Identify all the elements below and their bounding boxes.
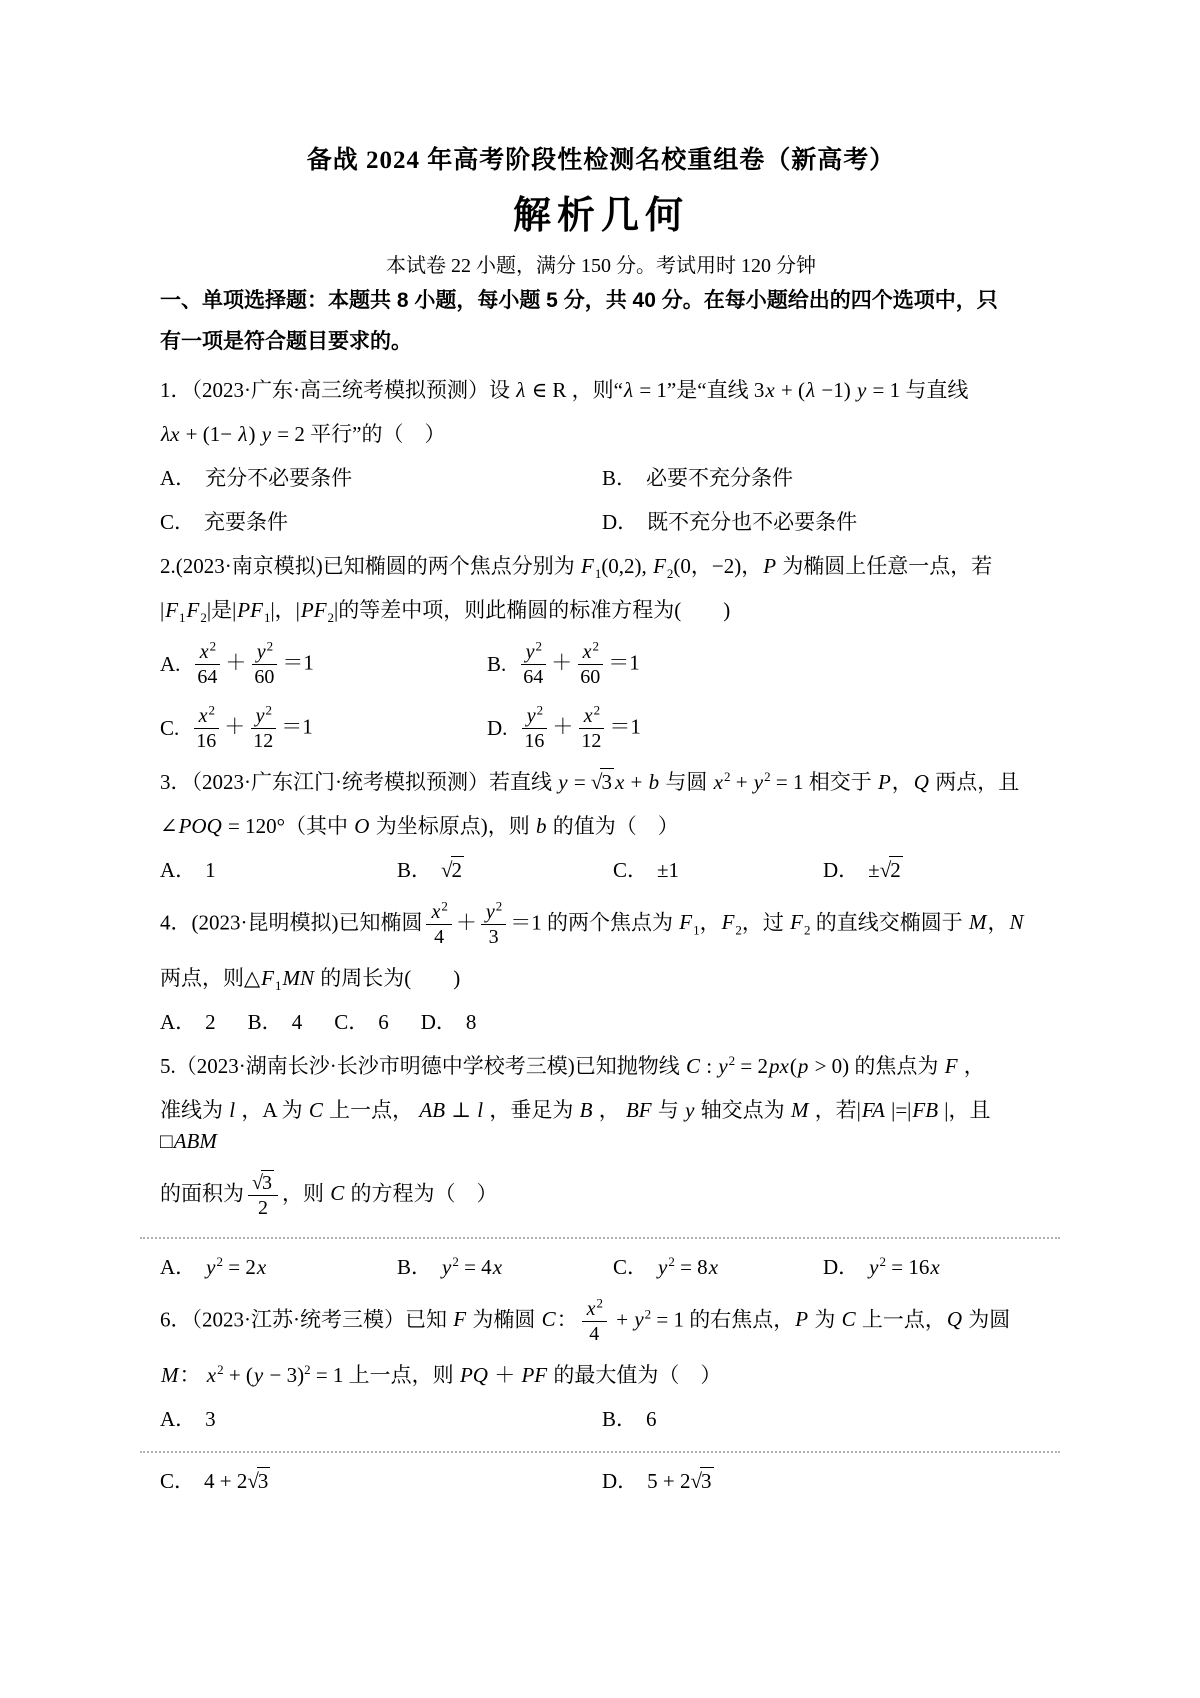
option-A: A．y2 = 2x [160,1252,397,1283]
q1-options-cd: C．充要条件D．既不充分也不必要条件 [160,507,1042,538]
option-text: y264＋x260＝1 [515,639,640,690]
sqrt-radical: √3 [691,1467,714,1493]
option-label: B. [487,649,506,680]
option-B: B．4 [248,1007,303,1038]
option-D: D．y2 = 16x [823,1252,941,1283]
option-label: D． [823,1252,859,1283]
option-label: A. [160,649,180,680]
q4-options: A．2B．4C．6D．8 [160,1007,1042,1038]
option-text: y2 = 4x [441,1252,503,1283]
option-label: B． [602,463,637,494]
option-B: B．y2 = 4x [397,1252,613,1283]
option-label: B． [397,1252,432,1283]
option-text: ±√2 [868,855,903,886]
option-B: B．必要不充分条件 [602,463,793,494]
option-text: 必要不充分条件 [646,463,793,494]
option-text: x216＋y212＝1 [188,703,313,754]
option-label: C. [160,713,179,744]
fraction: x212 [577,705,605,752]
option-A: A．1 [160,855,397,886]
option-D: D．8 [421,1007,477,1038]
exam-meta-line: 本试卷 22 小题，满分 150 分。考试用时 120 分钟 [160,252,1042,280]
option-label: C． [334,1007,369,1038]
fraction: y260 [250,641,278,688]
option-label: D． [602,1466,638,1497]
exam-flow: 1．（2023·广东·高三统考模拟预测）设 λ ∈ R ，则“λ = 1”是“直… [160,375,1042,1497]
option-C: C．4 + 2√3 [160,1466,602,1497]
sqrt-radical: √3 [591,768,614,794]
option-label: A． [160,463,196,494]
option-label: A． [160,1404,196,1435]
fraction: x216 [192,705,220,752]
option-C: C．±1 [613,855,823,886]
option-label: C． [160,507,195,538]
q1-line-1: 1．（2023·广东·高三统考模拟预测）设 λ ∈ R ，则“λ = 1”是“直… [160,375,1042,406]
exam-page: { "page": {"background": "#ffffff", "tex… [0,0,1200,1698]
q1-options-ab: A．充分不必要条件B．必要不充分条件 [160,463,1042,494]
q6-options-cd: C．4 + 2√3D．5 + 2√3 [160,1466,1042,1497]
option-label: C． [613,855,648,886]
option-text: 1 [205,855,216,886]
q3-line-1: 3．（2023·广东江门·统考模拟预测）若直线 y = √3x + b 与圆 x… [160,767,1042,798]
option-A: A．3 [160,1404,602,1435]
fraction: y23 [481,901,506,948]
option-A: A.x264＋y260＝1 [160,639,487,690]
option-text: 充要条件 [204,507,288,538]
exam-sheet: 备战 2024 年高考阶段性检测名校重组卷（新高考） 解析几何 本试卷 22 小… [160,146,1042,1497]
q6-line-2: M： x2 + (y − 3)2 = 1 上一点，则 PQ ＋ PF 的最大值为… [160,1360,1042,1391]
fraction: x24 [582,1298,607,1345]
option-C: C.x216＋y212＝1 [160,703,487,754]
q5-line-2: 准线为 l ，A 为 C 上一点， AB ⊥ l ，垂足为 B ， BF 与 y… [160,1095,1042,1157]
option-text: 3 [205,1404,216,1435]
page-break-dotted-line-2 [140,1451,1060,1453]
q5-line-3: 的面积为√32，则 C 的方程为（ ） [160,1170,1042,1221]
option-label: D． [421,1007,457,1038]
option-text: ±1 [657,855,679,886]
option-A: A．充分不必要条件 [160,463,602,494]
option-B: B．6 [602,1404,657,1435]
fraction: y216 [520,705,548,752]
option-text: y216＋x212＝1 [516,703,641,754]
option-D: D．既不充分也不必要条件 [602,507,857,538]
option-text: 既不充分也不必要条件 [647,507,857,538]
option-label: A． [160,1252,196,1283]
option-label: A． [160,1007,196,1038]
option-C: C．6 [334,1007,389,1038]
option-label: D． [823,855,859,886]
option-label: C． [613,1252,648,1283]
fraction: y264 [519,641,547,688]
option-text: √2 [441,855,464,886]
fraction: √32 [248,1172,278,1219]
option-text: 充分不必要条件 [205,463,352,494]
option-text: y2 = 2x [205,1252,267,1283]
option-label: A． [160,855,196,886]
option-text: 2 [205,1007,216,1038]
q5-options: A．y2 = 2xB．y2 = 4xC．y2 = 8xD．y2 = 16x [160,1252,1042,1283]
q3-options: A．1B．√2C．±1D．±√2 [160,855,1042,886]
sqrt-radical: √3 [247,1467,270,1493]
q4-line-1: 4．(2023·昆明模拟)已知椭圆x24＋y23＝1 的两个焦点为 F1，F2，… [160,899,1042,950]
option-text: y2 = 8x [657,1252,719,1283]
q1-line-2: λx + (1− λ) y = 2 平行”的（ ） [160,419,1042,450]
option-C: C．充要条件 [160,507,602,538]
exam-subtitle: 解析几何 [160,192,1042,240]
q6-options-ab: A．3B．6 [160,1404,1042,1435]
fraction: x264 [193,641,221,688]
option-text: y2 = 16x [868,1252,941,1283]
q3-line-2: ∠POQ = 120°（其中 O 为坐标原点)，则 b 的值为（ ） [160,811,1042,842]
sqrt-radical: √2 [441,856,464,882]
option-B: B．√2 [397,855,613,886]
page-break-dotted-line-1 [140,1237,1060,1239]
option-text: 4 [292,1007,303,1038]
option-text: 6 [646,1404,657,1435]
option-D: D．5 + 2√3 [602,1466,714,1497]
q5-line-1: 5.（2023·湖南长沙·长沙市明德中学校考三模)已知抛物线 C : y2 = … [160,1051,1042,1082]
option-text: 8 [466,1007,477,1038]
option-C: C．y2 = 8x [613,1252,823,1283]
q2-options-cd: C.x216＋y212＝1D.y216＋x212＝1 [160,703,1042,754]
option-label: B． [248,1007,283,1038]
fraction: x260 [576,641,604,688]
option-text: 5 + 2√3 [647,1466,713,1497]
fraction: y212 [249,705,277,752]
option-label: D. [487,713,507,744]
option-label: B． [602,1404,637,1435]
option-A: A．2 [160,1007,216,1038]
section-heading-line-2: 有一项是符合题目要求的。 [160,321,1042,362]
section-heading-line-1: 一、单项选择题：本题共 8 小题，每小题 5 分，共 40 分。在每小题给出的四… [160,280,1042,321]
exam-title: 备战 2024 年高考阶段性检测名校重组卷（新高考） [160,146,1042,176]
fraction: x24 [426,901,451,948]
option-text: 4 + 2√3 [204,1466,270,1497]
sqrt-radical: √2 [880,856,903,882]
option-text: x264＋y260＝1 [189,639,314,690]
option-text: 6 [378,1007,389,1038]
q2-options-ab: A.x264＋y260＝1B.y264＋x260＝1 [160,639,1042,690]
q2-line-2: |F1F2|是|PF1|，|PF2|的等差中项，则此椭圆的标准方程为( ) [160,595,1042,626]
option-label: D． [602,507,638,538]
q4-line-2: 两点，则△F1MN 的周长为( ) [160,963,1042,994]
q6-line-1: 6．（2023·江苏·统考三模）已知 F 为椭圆 C：x24 + y2 = 1 … [160,1296,1042,1347]
option-label: C． [160,1466,195,1497]
option-D: D.y216＋x212＝1 [487,703,641,754]
option-label: B． [397,855,432,886]
option-D: D．±√2 [823,855,903,886]
q2-line-1: 2.(2023·南京模拟)已知椭圆的两个焦点分别为 F1(0,2), F2(0，… [160,551,1042,582]
option-B: B.y264＋x260＝1 [487,639,640,690]
sqrt-radical: √3 [252,1170,274,1194]
